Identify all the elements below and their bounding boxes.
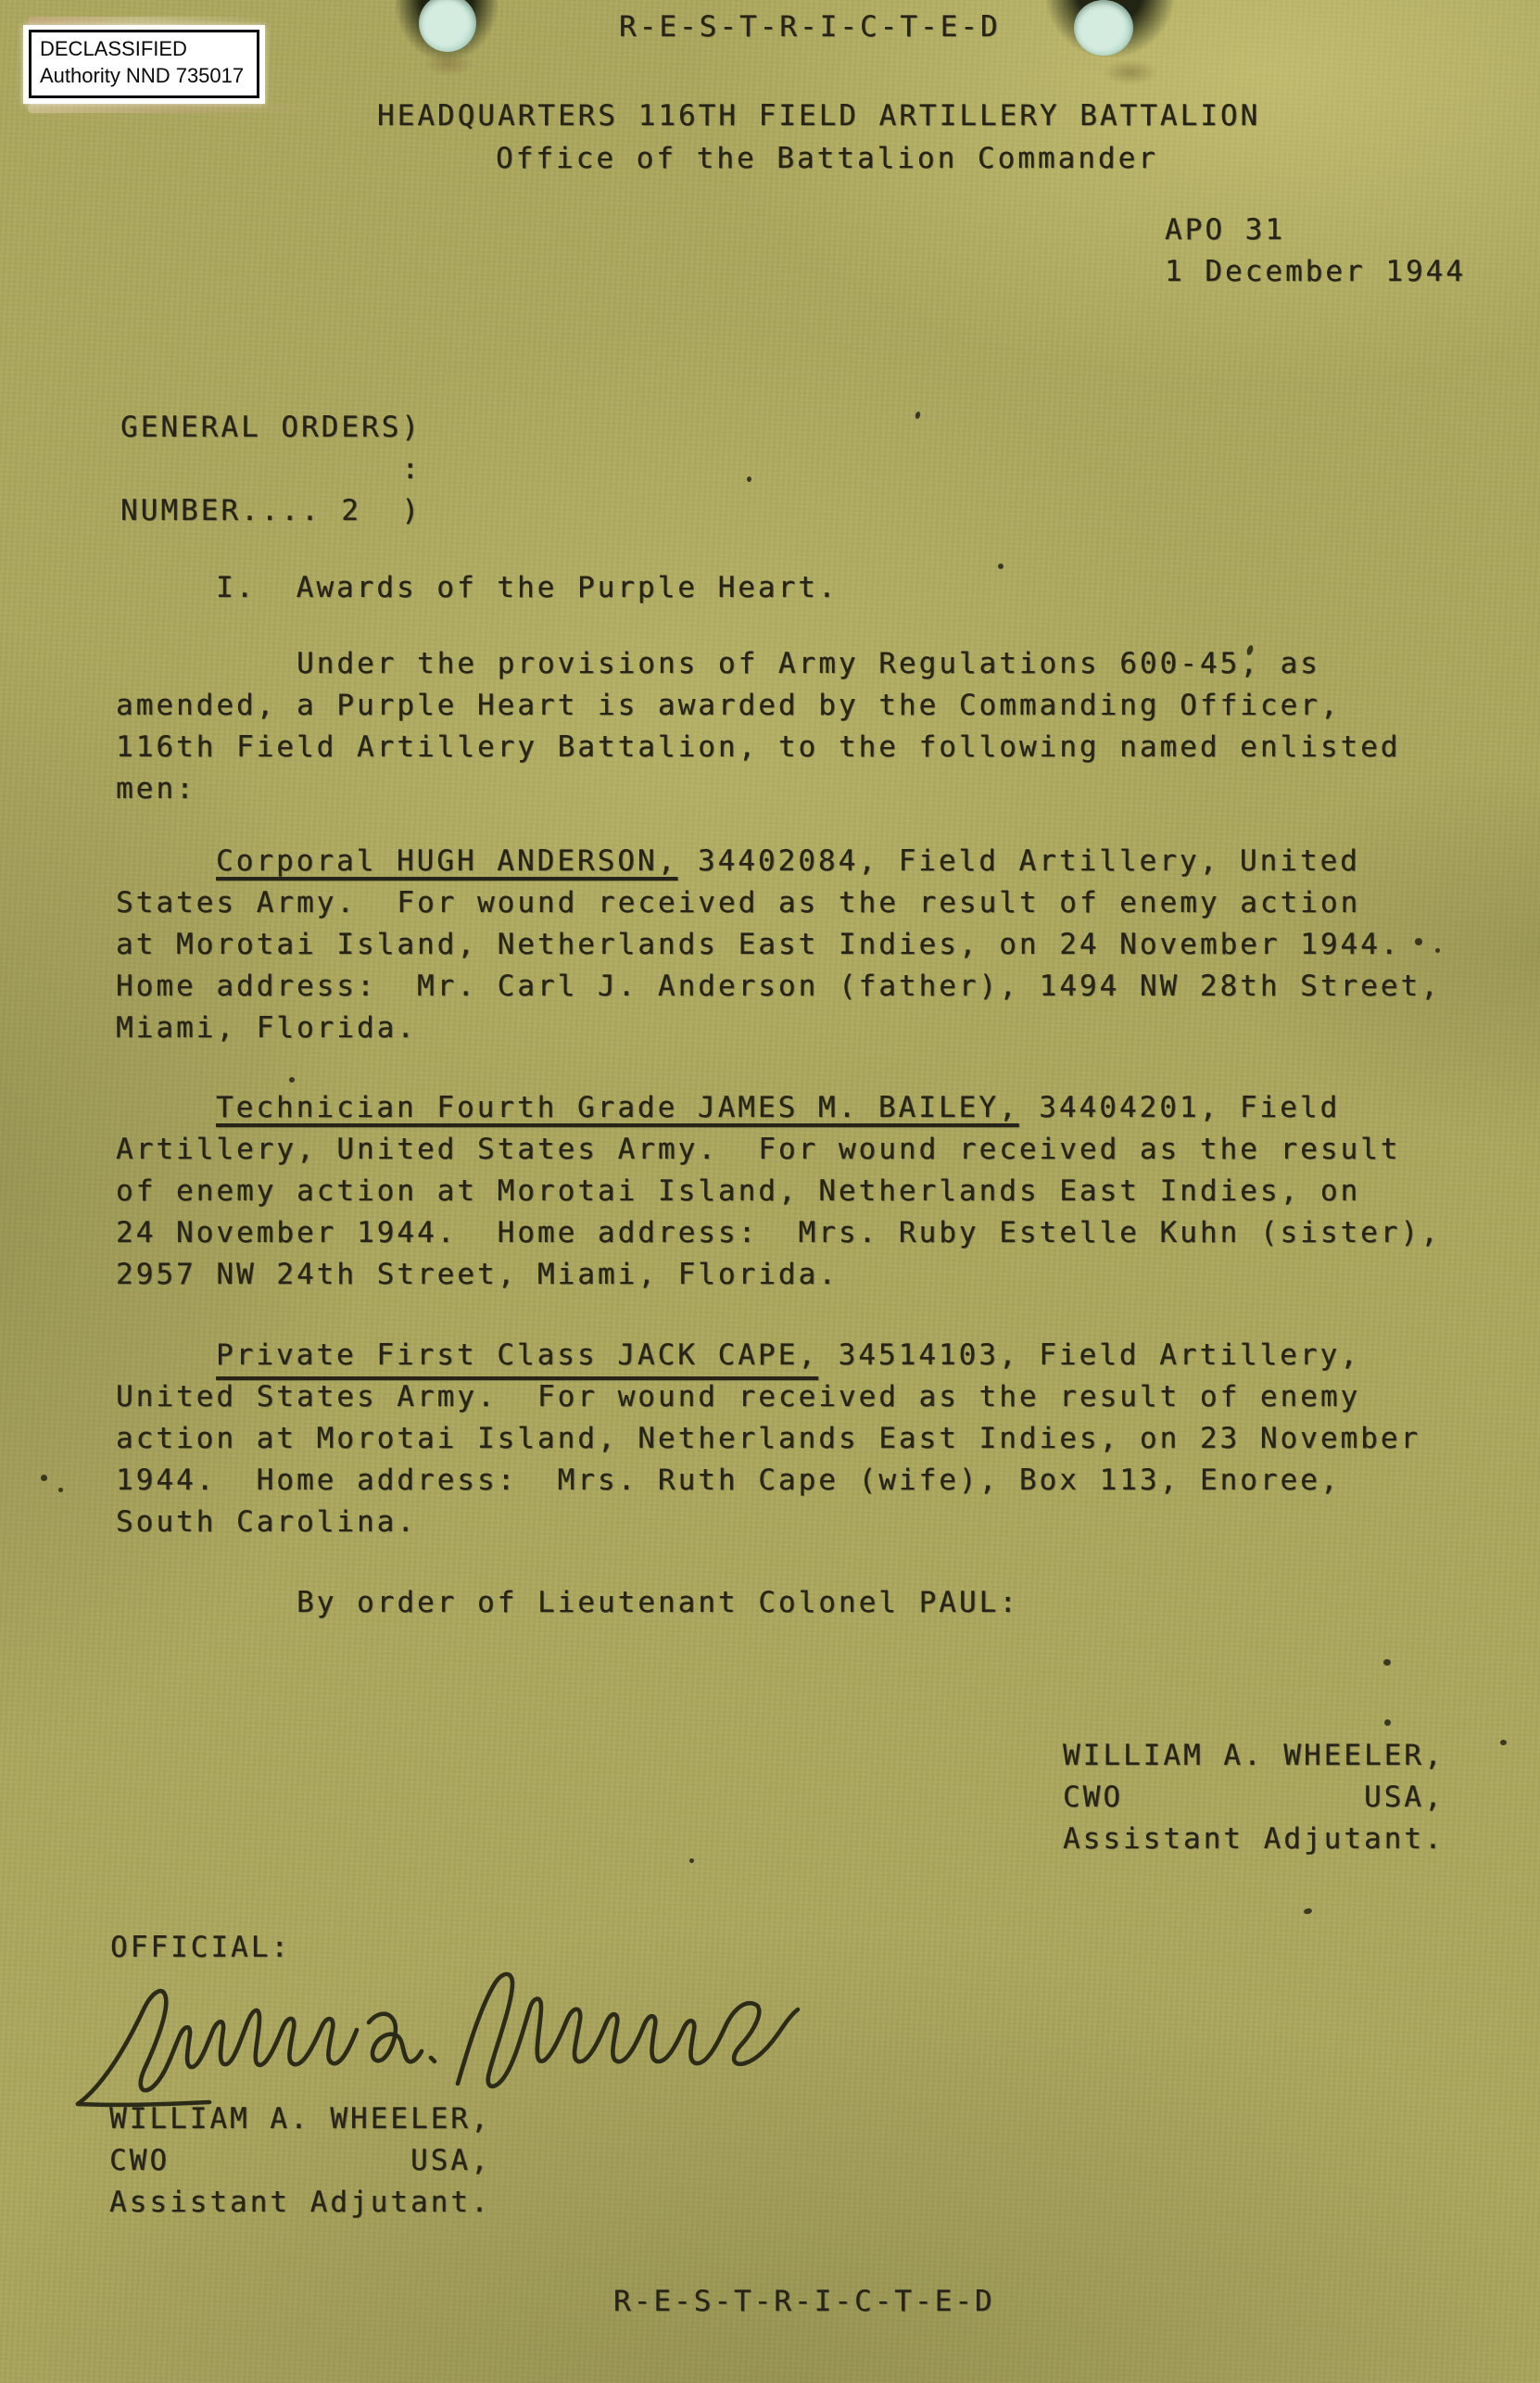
document-page: R-E-S-T-R-I-C-T-E-D DECLASSIFIED Authori… (0, 0, 1540, 2383)
ink-speck (58, 1488, 63, 1492)
signature-block-right-title: Assistant Adjutant. (1063, 1819, 1445, 1860)
signature-block-left-name: WILLIAM A. WHEELER, (109, 2098, 491, 2140)
signature-block-left-rank: CWO USA, (109, 2140, 491, 2182)
ink-speck (1500, 1740, 1507, 1745)
ink-speck (41, 1475, 47, 1481)
ink-speck (689, 1858, 694, 1863)
punch-hole (1074, 0, 1133, 56)
soldier-name-anderson: Corporal HUGH ANDERSON, (216, 844, 677, 878)
section-heading: I. Awards of the Purple Heart. (116, 567, 839, 609)
scan-artifact (28, 104, 315, 113)
classification-banner-top: R-E-S-T-R-I-C-T-E-D (619, 6, 1001, 48)
ink-speck (289, 1077, 295, 1083)
scan-artifact (28, 17, 259, 25)
letterhead-office: Office of the Battalion Commander (496, 138, 1158, 180)
paragraph-bailey: Technician Fourth Grade JAMES M. BAILEY,… (116, 1087, 1441, 1296)
paper-smudge (415, 48, 482, 80)
declassified-stamp-line1: DECLASSIFIED (40, 35, 244, 62)
soldier-name-bailey: Technician Fourth Grade JAMES M. BAILEY, (216, 1091, 1019, 1124)
paragraph-opening: Under the provisions of Army Regulations… (116, 643, 1400, 810)
ink-speck (1383, 1659, 1391, 1666)
declassified-stamp-line2: Authority NND 735017 (40, 62, 244, 89)
ink-speck (1435, 948, 1440, 953)
letterhead-unit: HEADQUARTERS 116TH FIELD ARTILLERY BATTA… (377, 95, 1260, 137)
general-orders-block: GENERAL ORDERS) : NUMBER.... 2 ) (120, 407, 422, 532)
ink-speck (747, 476, 751, 482)
declassified-stamp: DECLASSIFIED Authority NND 735017 (23, 25, 265, 104)
signature-block-left-title: Assistant Adjutant. (109, 2182, 491, 2224)
declassified-stamp-border: DECLASSIFIED Authority NND 735017 (29, 30, 259, 98)
ink-speck (915, 411, 921, 419)
ink-speck (1384, 1719, 1391, 1726)
signature-block-right-name: WILLIAM A. WHEELER, (1063, 1735, 1445, 1777)
official-label: OFFICIAL: (110, 1927, 291, 1969)
paragraph-cape: Private First Class JACK CAPE, 34514103,… (116, 1335, 1420, 1543)
paragraph-anderson: Corporal HUGH ANDERSON, 34402084, Field … (116, 841, 1441, 1049)
apo-date-block: APO 31 1 December 1944 (1165, 209, 1466, 293)
paper-smudge (1093, 56, 1168, 89)
soldier-name-cape: Private First Class JACK CAPE, (216, 1338, 818, 1372)
classification-banner-bottom: R-E-S-T-R-I-C-T-E-D (613, 2281, 995, 2323)
by-order-line: By order of Lieutenant Colonel PAUL: (116, 1582, 1019, 1624)
ink-speck (1415, 938, 1422, 945)
ink-speck (1303, 1908, 1312, 1915)
ink-speck (998, 564, 1004, 569)
signature-block-right-rank: CWO USA, (1063, 1777, 1445, 1819)
